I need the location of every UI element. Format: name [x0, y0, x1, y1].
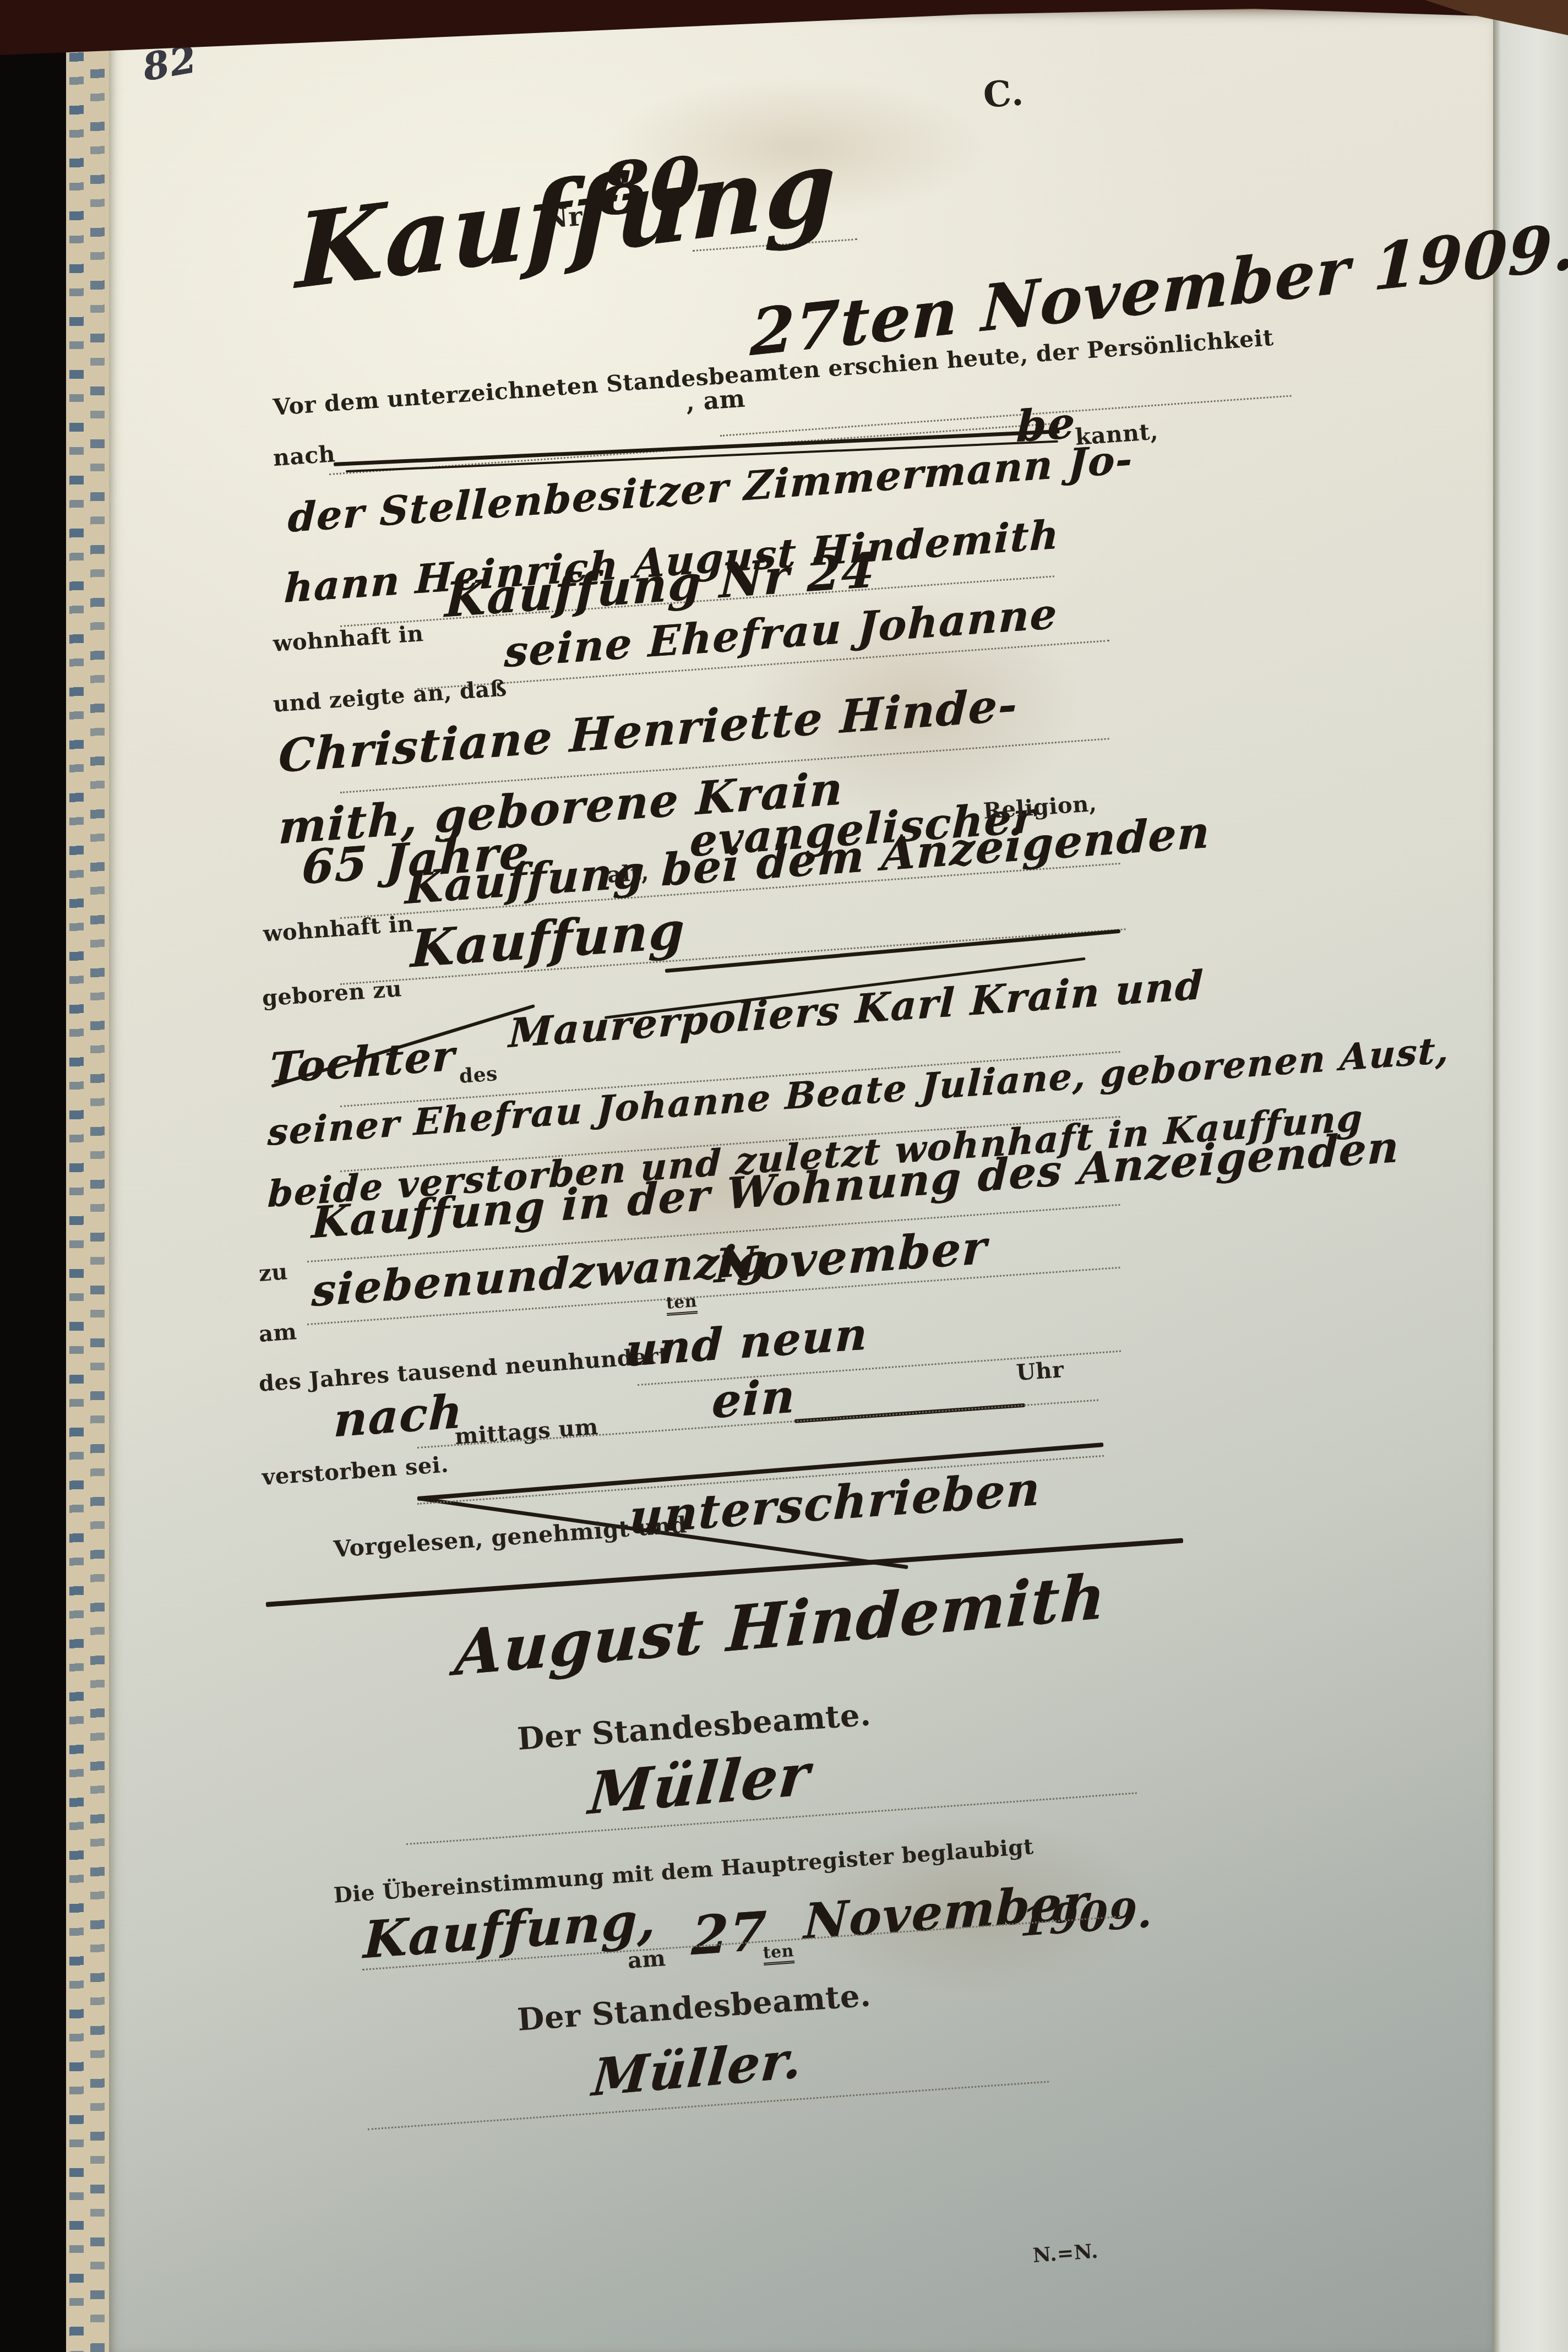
dotted-rule [720, 395, 1292, 437]
corner-mark: N.=N. [1032, 2240, 1099, 2267]
register-page-photo: 82 C. Nr. 80 Kauffung , am 27ten Novembe… [0, 0, 1568, 2352]
background-shadow [0, 0, 66, 2352]
death-year-value: und neun [624, 1308, 869, 1376]
closing-label: verstorben sei. [261, 1451, 449, 1490]
uhr-label: Uhr [1015, 1357, 1065, 1386]
intro-nach-label: nach [272, 440, 336, 471]
register-sheet: 82 C. Nr. 80 Kauffung , am 27ten Novembe… [109, 10, 1493, 2352]
death-year-label: des Jahres tausend neunhundert [258, 1342, 670, 1397]
registrar-signature-2: Müller. [590, 2029, 805, 2108]
death-time-value: ein [711, 1368, 797, 1429]
death-day-label: am [258, 1319, 297, 1347]
parents-tochter: Tochter [269, 1031, 456, 1093]
page-edge-blue-marks [90, 0, 105, 2352]
registrar-signature: Müller [586, 1740, 813, 1828]
registrar-title-2: Der Standesbeamte. [516, 1977, 872, 2038]
certification-year: 1909. [1019, 1889, 1153, 1946]
birthplace-label: geboren zu [261, 976, 402, 1011]
death-day-suffix: ten [666, 1292, 698, 1316]
page-edge-blue-marks [69, 0, 84, 2352]
flourish-stroke [665, 929, 1120, 973]
parents-des-label: des [459, 1062, 499, 1088]
death-place-label: zu [258, 1259, 288, 1287]
next-page-edge [1493, 10, 1568, 2352]
declarant-residence-label: wohnhaft in [272, 620, 424, 657]
birthplace-value: Kauffung [410, 900, 686, 979]
certification-ten-label: ten [763, 1941, 795, 1966]
parents-father: Maurerpoliers Karl Krain und [508, 961, 1205, 1057]
corner-letter: C. [982, 72, 1025, 116]
registrar-title: Der Standesbeamte. [516, 1696, 872, 1757]
residence2-label: wohnhaft in [262, 911, 414, 947]
declarant-signature: August Hindemith [453, 1560, 1108, 1690]
death-daytime-value: nach [333, 1384, 464, 1447]
book-page-edges [66, 0, 109, 2352]
reported-label: und zeigte an, daß [272, 675, 508, 717]
dateline-place: Kauffung [295, 124, 837, 312]
certification-day: 27 [690, 1899, 768, 1967]
